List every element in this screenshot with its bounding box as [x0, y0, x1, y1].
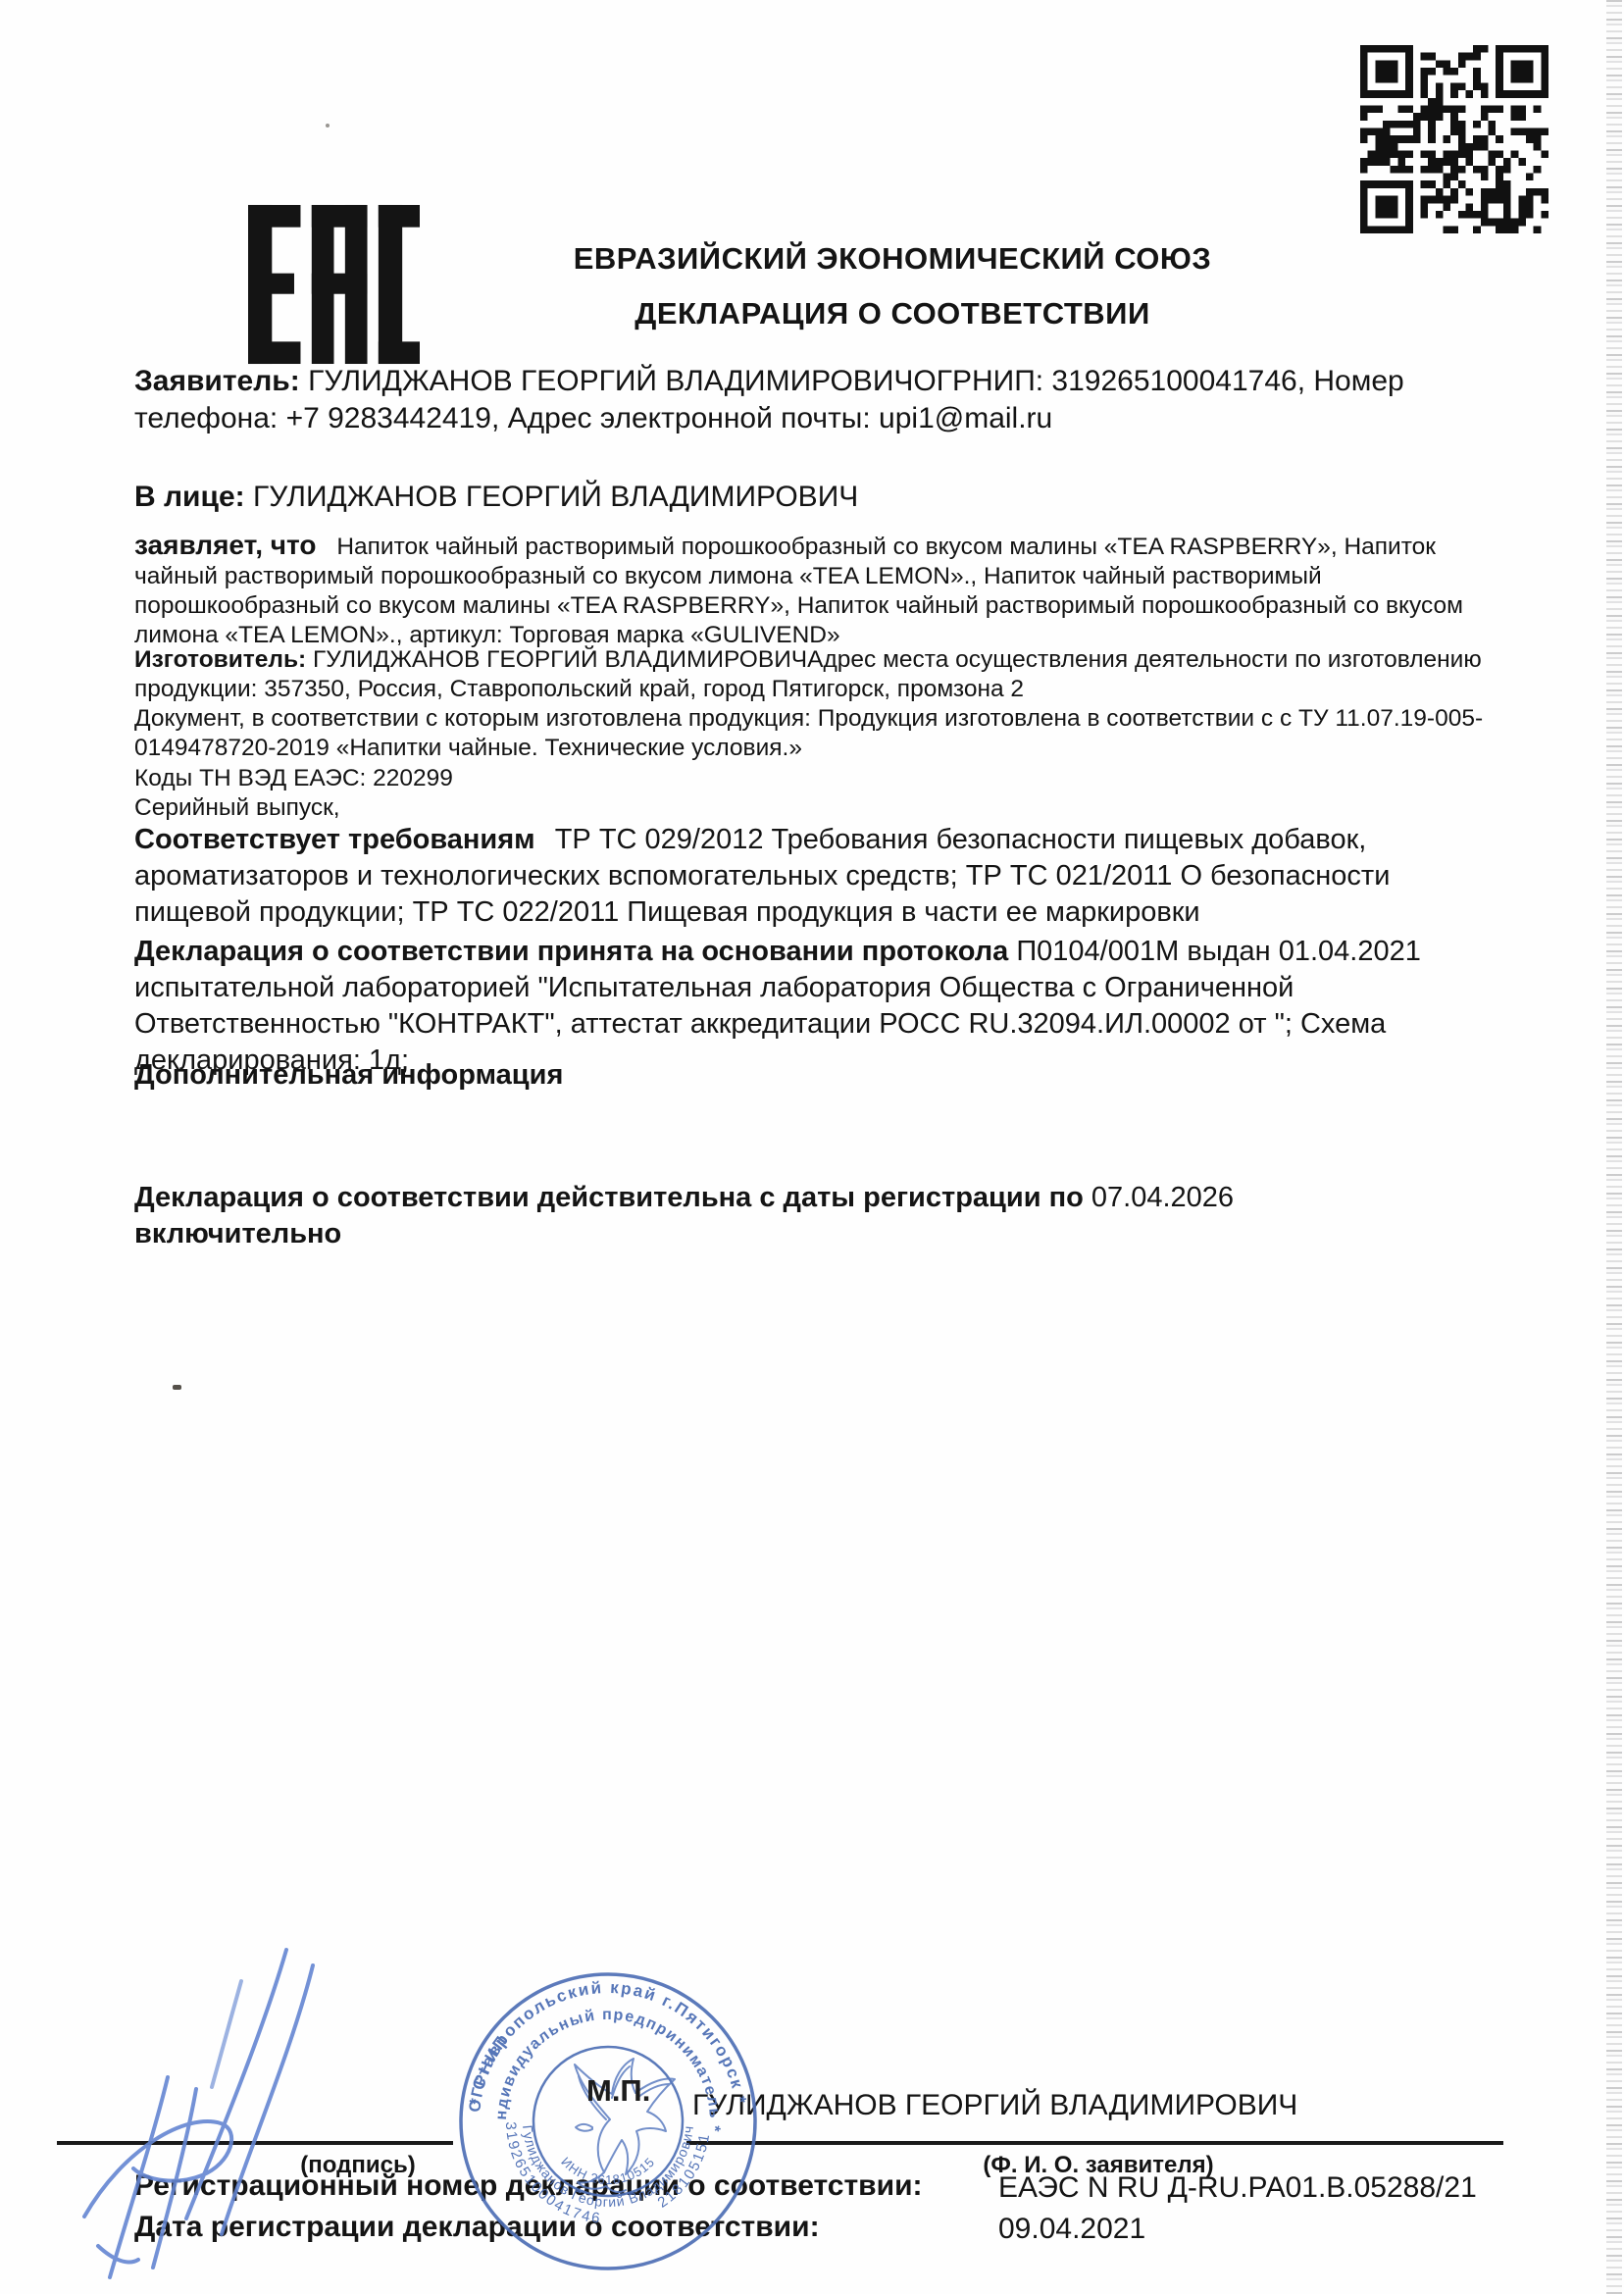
handwritten-signature	[39, 1922, 343, 2294]
field-zayavitel: Заявитель: ГУЛИДЖАНОВ ГЕОРГИЙ ВЛАДИМИРОВ…	[134, 363, 1486, 437]
v-lice-value: ГУЛИДЖАНОВ ГЕОРГИЙ ВЛАДИМИРОВИЧ	[253, 481, 858, 513]
zayavlyaet-value: Напиток чайный растворимый порошкообразн…	[134, 534, 1463, 648]
field-dokument: Документ, в соответствии с которым изгот…	[134, 704, 1486, 763]
izgotovitel-label: Изготовитель:	[134, 646, 306, 673]
sootvetstvuet-label: Соответствует требованиям	[134, 824, 547, 855]
declaration-document: ЕВРАЗИЙСКИЙ ЭКОНОМИЧЕСКИЙ СОЮЗ ДЕКЛАРАЦИ…	[0, 0, 1624, 2294]
stamp-inn-text: ИНН 261810515	[558, 2154, 657, 2187]
field-izgotovitel: Изготовитель: ГУЛИДЖАНОВ ГЕОРГИЙ ВЛАДИМИ…	[134, 645, 1486, 704]
union-title: ЕВРАЗИЙСКИЙ ЭКОНОМИЧЕСКИЙ СОЮЗ	[422, 241, 1363, 277]
dejstvitelna-label: Декларация о соответствии действительна …	[134, 1182, 1084, 1213]
reg-number-value: ЕАЭС N RU Д-RU.РА01.В.05288/21	[998, 2171, 1477, 2205]
field-v-lice: В лице: ГУЛИДЖАНОВ ГЕОРГИЙ ВЛАДИМИРОВИЧ	[134, 479, 1486, 516]
zayavitel-value: ГУЛИДЖАНОВ ГЕОРГИЙ ВЛАДИМИРОВИЧОГРНИП: 3…	[134, 365, 1404, 434]
eac-logo-icon	[248, 196, 420, 373]
scan-edge-noise	[1606, 0, 1622, 2294]
qr-code	[1360, 45, 1548, 233]
prinyata-label: Декларация о соответствии принята на осн…	[134, 936, 1008, 967]
scan-speck-small	[326, 124, 330, 127]
dejstvitelna-date: 07.04.2026	[1091, 1182, 1234, 1213]
dejstvitelna-suffix: включительно	[134, 1218, 341, 1249]
field-kody: Коды ТН ВЭД ЕАЭС: 220299	[134, 764, 1486, 793]
doc-title: ДЕКЛАРАЦИЯ О СООТВЕТСТВИИ	[422, 296, 1363, 331]
field-dop-info: Дополнительная информация	[134, 1057, 1486, 1094]
field-serijnyj: Серийный выпуск,	[134, 793, 1486, 823]
company-seal-stamp: ОГРНИП * Ставропольский край г.Пятигорск…	[441, 1955, 775, 2288]
scan-speck	[173, 1385, 181, 1390]
field-zayavlyaet: заявляет, что Напиток чайный растворимый…	[134, 531, 1486, 650]
signatory-name: ГУЛИДЖАНОВ ГЕОРГИЙ ВЛАДИМИРОВИЧ	[692, 2089, 1297, 2122]
name-line	[686, 2141, 1503, 2145]
izgotovitel-value: ГУЛИДЖАНОВ ГЕОРГИЙ ВЛАДИМИРОВИЧАдрес мес…	[134, 646, 1482, 702]
svg-text:ИНН 261810515: ИНН 261810515	[558, 2154, 657, 2187]
field-dejstvitelna: Декларация о соответствии действительна …	[134, 1180, 1486, 1252]
mp-stamp-place-label: М.П.	[586, 2073, 650, 2109]
zayavlyaet-label: заявляет, что	[134, 530, 330, 560]
field-sootvetstvuet: Соответствует требованиям ТР ТС 029/2012…	[134, 822, 1486, 931]
zayavitel-label: Заявитель:	[134, 365, 300, 397]
v-lice-label: В лице:	[134, 481, 245, 513]
reg-date-value: 09.04.2021	[998, 2213, 1145, 2246]
